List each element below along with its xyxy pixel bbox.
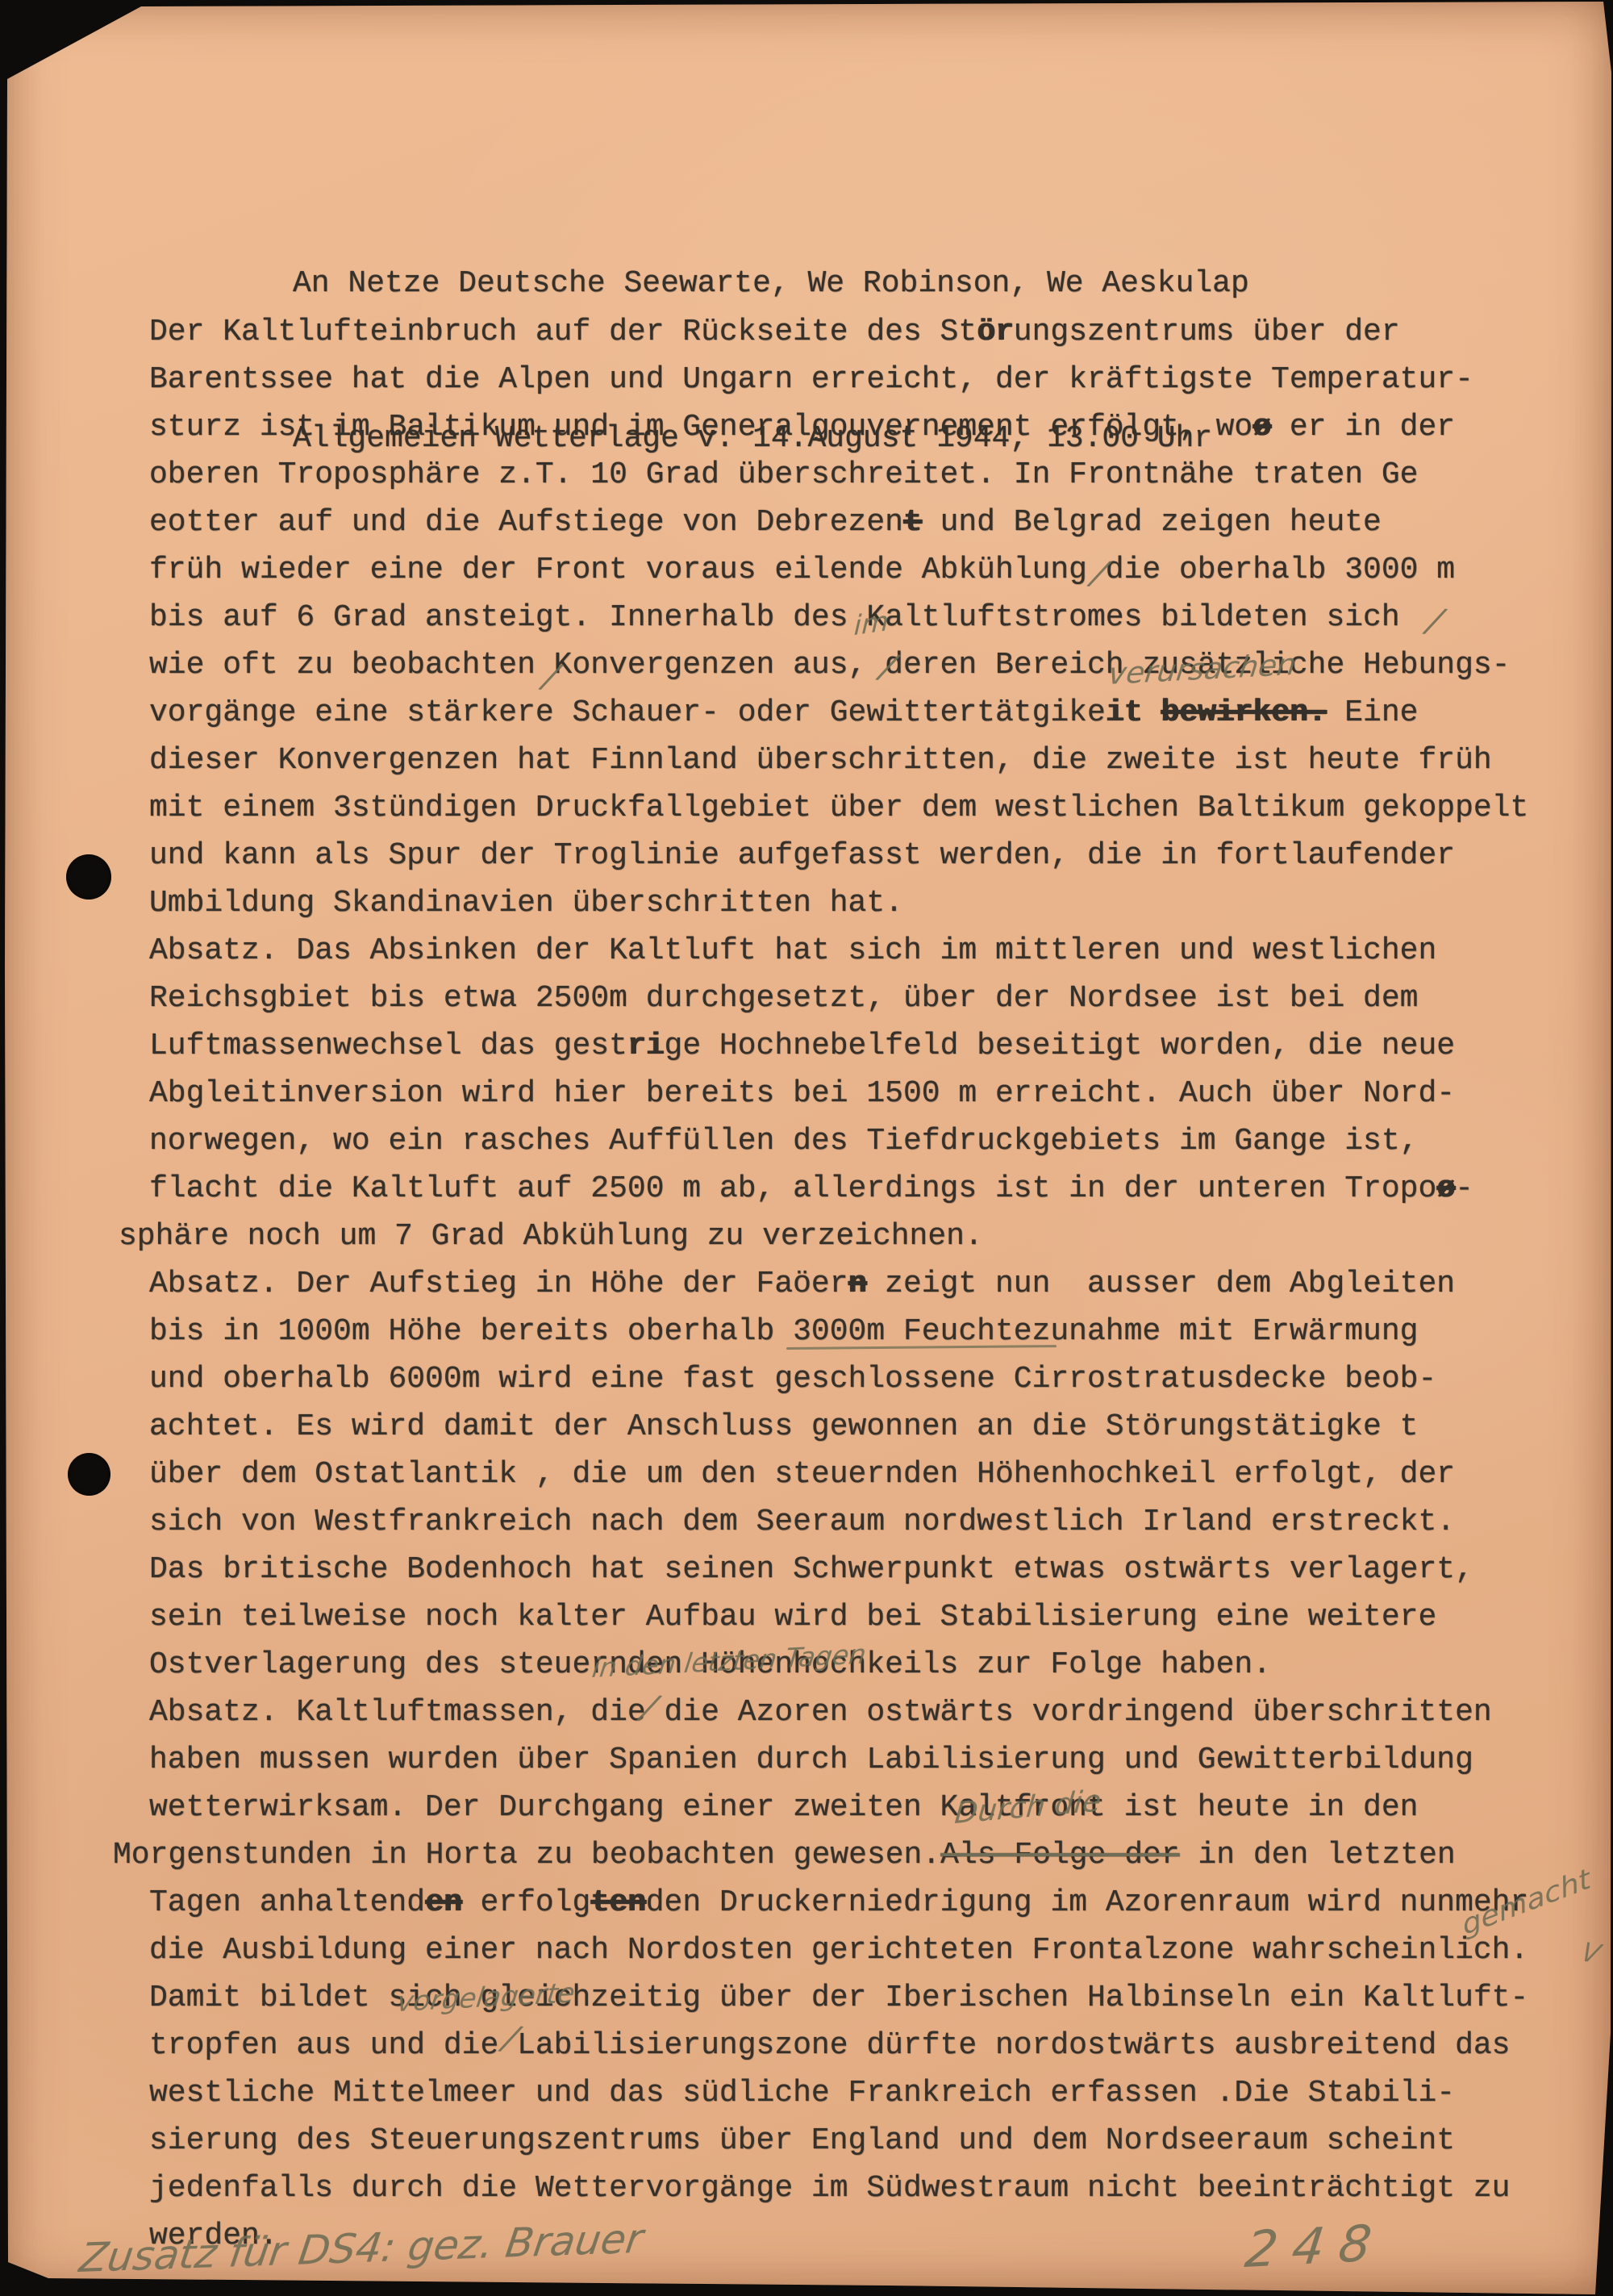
typed-line: Umbildung Skandinavien überschritten hat… <box>149 879 1601 927</box>
typed-segment: Morgenstunden in Horta zu beobachten gew… <box>113 1838 940 1872</box>
typed-segment: westliche Mittelmeer und das südliche Fr… <box>149 2076 1455 2110</box>
typed-segment: Eine <box>1326 695 1418 730</box>
handwritten-annotation: 248 <box>1242 2213 1390 2279</box>
typed-segment-x: t <box>903 505 922 540</box>
typed-segment: zeigt nun ausser dem Abgleiten <box>866 1267 1455 1301</box>
typed-segment: die Ausbildung einer nach Nordosten geri… <box>149 1933 1528 1968</box>
typed-segment: Das britische Bodenhoch hat seinen Schwe… <box>149 1552 1473 1587</box>
typed-segment: erfolg <box>462 1885 591 1920</box>
typed-line: Tagen anhaltenden erfolgtenden Druckerni… <box>149 1879 1601 1927</box>
typed-segment <box>1142 695 1161 730</box>
typed-segment: tropfen aus und die Labilisierungszone d… <box>149 2028 1510 2063</box>
typed-segment: sturz ist im Baltikum und im Generalgouv… <box>149 410 1252 445</box>
typed-segment: haben mussen wurden über Spanien durch L… <box>149 1743 1473 1777</box>
typed-segment: sphäre noch um 7 Grad Abkühlung zu verze… <box>119 1219 983 1254</box>
typed-line: und oberhalb 6000m wird eine fast geschl… <box>149 1355 1601 1403</box>
typed-line: vorgänge eine stärkere Schauer- oder Gew… <box>149 689 1601 737</box>
typed-segment: Absatz. Der Aufstieg in Höhe der Faöer <box>149 1267 848 1301</box>
typed-segment-p: Als Folge der <box>940 1838 1179 1872</box>
typed-line: norwegen, wo ein rasches Auffüllen des T… <box>149 1117 1601 1165</box>
typed-line: Abgleitinversion wird hier bereits bei 1… <box>149 1070 1601 1117</box>
typed-line: jedenfalls durch die Wettervorgänge im S… <box>149 2165 1601 2212</box>
typed-line: westliche Mittelmeer und das südliche Fr… <box>149 2069 1601 2117</box>
typed-line: Absatz. Das Absinken der Kaltluft hat si… <box>149 927 1601 975</box>
header-recipients: An Netze Deutsche Seewarte, We Robinson,… <box>293 258 1249 310</box>
typed-segment-b: ör <box>977 315 1014 349</box>
typed-segment: er in der <box>1271 410 1455 445</box>
typed-line: Reichsgbiet bis etwa 2500m durchgesetzt,… <box>149 975 1601 1022</box>
typed-segment: sich von Westfrankreich nach dem Seeraum… <box>149 1505 1455 1539</box>
typed-line: sich von Westfrankreich nach dem Seeraum… <box>149 1498 1601 1546</box>
typed-segment-x: ø <box>1252 410 1271 445</box>
typed-line: wetterwirksam. Der Durchgang einer zweit… <box>149 1784 1601 1831</box>
typed-line: achtet. Es wird damit der Anschluss gewo… <box>149 1403 1601 1451</box>
typed-segment: bis in 1000m Höhe bereits oberhalb 3000m… <box>149 1314 1418 1349</box>
typed-segment: eotter auf und die Aufstiege von Debreze… <box>149 505 903 540</box>
typed-line: Ostverlagerung des steuernden Höhenhochk… <box>149 1641 1601 1689</box>
typed-line: sphäre noch um 7 Grad Abkühlung zu verze… <box>119 1213 1601 1260</box>
typed-segment: jedenfalls durch die Wettervorgänge im S… <box>149 2171 1510 2206</box>
handwritten-annotation: im <box>853 605 890 642</box>
typed-segment: und oberhalb 6000m wird eine fast geschl… <box>149 1362 1436 1396</box>
punch-hole <box>68 1453 110 1496</box>
typed-line: die Ausbildung einer nach Nordosten geri… <box>149 1927 1601 1974</box>
typed-line: über dem Ostatlantik , die um den steuer… <box>149 1451 1601 1498</box>
typed-segment: flacht die Kaltluft auf 2500 m ab, aller… <box>149 1171 1436 1206</box>
typed-line: wie oft zu beobachten Konvergenzen aus, … <box>149 641 1601 689</box>
typed-line: und kann als Spur der Troglinie aufgefas… <box>149 832 1601 879</box>
typed-segment: und Belgrad zeigen heute <box>922 505 1382 540</box>
typed-line: oberen Troposphäre z.T. 10 Grad überschr… <box>149 451 1601 499</box>
typed-segment-b: it <box>1106 695 1143 730</box>
typed-segment: Barentssee hat die Alpen und Ungarn erre… <box>149 362 1473 397</box>
typed-line: Barentssee hat die Alpen und Ungarn erre… <box>149 356 1601 403</box>
typed-segment: Absatz. Das Absinken der Kaltluft hat si… <box>149 933 1436 968</box>
typed-segment: Reichsgbiet bis etwa 2500m durchgesetzt,… <box>149 981 1418 1016</box>
typed-line: Absatz. Der Aufstieg in Höhe der Faöern … <box>149 1260 1601 1308</box>
typed-segment: Luftmassenwechsel das gest <box>149 1029 627 1063</box>
typed-segment: früh wieder eine der Front voraus eilend… <box>149 553 1455 587</box>
typed-segment: Tagen anhaltend <box>149 1885 425 1920</box>
typed-line: Luftmassenwechsel das gestrige Hochnebel… <box>149 1022 1601 1070</box>
paper-sheet: An Netze Deutsche Seewarte, We Robinson,… <box>0 0 1613 2296</box>
typed-line: flacht die Kaltluft auf 2500 m ab, aller… <box>149 1165 1601 1213</box>
typed-segment: den Druckerniedrigung im Azorenraum wird… <box>646 1885 1529 1920</box>
typed-segment: über dem Ostatlantik , die um den steuer… <box>149 1457 1455 1492</box>
typed-segment: und kann als Spur der Troglinie aufgefas… <box>149 838 1455 873</box>
typed-line: Morgenstunden in Horta zu beobachten gew… <box>113 1831 1601 1879</box>
punch-hole <box>66 854 111 900</box>
typed-line: Das britische Bodenhoch hat seinen Schwe… <box>149 1546 1601 1593</box>
typed-line: früh wieder eine der Front voraus eilend… <box>149 546 1601 594</box>
typed-segment: wetterwirksam. Der Durchgang einer zweit… <box>149 1790 1418 1825</box>
typed-segment: - <box>1455 1171 1473 1206</box>
typed-segment-x: n <box>848 1267 867 1301</box>
typed-body: Der Kaltlufteinbruch auf der Rückseite d… <box>149 308 1601 2260</box>
typed-segment: bis auf 6 Grad ansteigt. Innerhalb des K… <box>149 600 1400 635</box>
typed-segment: ungszentrums über der <box>1014 315 1400 349</box>
typed-segment: Umbildung Skandinavien überschritten hat… <box>149 886 903 920</box>
typed-line: sein teilweise noch kalter Aufbau wird b… <box>149 1593 1601 1641</box>
typed-segment: norwegen, wo ein rasches Auffüllen des T… <box>149 1124 1418 1158</box>
typed-segment: vorgänge eine stärkere Schauer- oder Gew… <box>149 695 1106 730</box>
typed-segment-x: ø <box>1436 1171 1455 1206</box>
typed-segment: in den letzten <box>1180 1838 1456 1872</box>
typed-line: haben mussen wurden über Spanien durch L… <box>149 1736 1601 1784</box>
typed-line: sierung des Steuerungszentrums über Engl… <box>149 2117 1601 2165</box>
typed-line: eotter auf und die Aufstiege von Debreze… <box>149 499 1601 546</box>
typed-line: Absatz. Kaltluftmassen, die die Azoren o… <box>149 1689 1601 1736</box>
typed-segment-x: bewirken. <box>1161 695 1326 730</box>
typed-segment: sierung des Steuerungszentrums über Engl… <box>149 2123 1455 2158</box>
typed-segment: dieser Konvergenzen hat Finnland übersch… <box>149 743 1492 778</box>
typed-segment: oberen Troposphäre z.T. 10 Grad überschr… <box>149 457 1418 492</box>
typed-line: mit einem 3stündigen Druckfallgebiet übe… <box>149 784 1601 832</box>
typed-segment: sein teilweise noch kalter Aufbau wird b… <box>149 1600 1436 1634</box>
scanned-document: { "page": { "background": "#0d0c0a", "pa… <box>0 0 1613 2296</box>
typed-segment: Abgleitinversion wird hier bereits bei 1… <box>149 1076 1455 1111</box>
typed-line: tropfen aus und die Labilisierungszone d… <box>149 2022 1601 2069</box>
typed-segment: Absatz. Kaltluftmassen, die die Azoren o… <box>149 1695 1492 1730</box>
typed-segment: Damit bildet sich gleichzeitig über der … <box>149 1981 1528 2015</box>
typed-line: Der Kaltlufteinbruch auf der Rückseite d… <box>149 308 1601 356</box>
typed-segment-x: en <box>425 1885 462 1920</box>
typed-segment: ge Hochnebelfeld beseitigt worden, die n… <box>665 1029 1456 1063</box>
typed-segment: achtet. Es wird damit der Anschluss gewo… <box>149 1409 1418 1444</box>
typed-line: dieser Konvergenzen hat Finnland übersch… <box>149 737 1601 784</box>
typed-segment: Der Kaltlufteinbruch auf der Rückseite d… <box>149 315 977 349</box>
typed-line: Damit bildet sich gleichzeitig über der … <box>149 1974 1601 2022</box>
typed-segment: wie oft zu beobachten Konvergenzen aus, … <box>149 648 1510 683</box>
typed-segment: mit einem 3stündigen Druckfallgebiet übe… <box>149 791 1528 825</box>
typed-line: sturz ist im Baltikum und im Generalgouv… <box>149 403 1601 451</box>
typed-segment-x: ten <box>590 1885 645 1920</box>
typed-segment-b: ri <box>627 1029 665 1063</box>
